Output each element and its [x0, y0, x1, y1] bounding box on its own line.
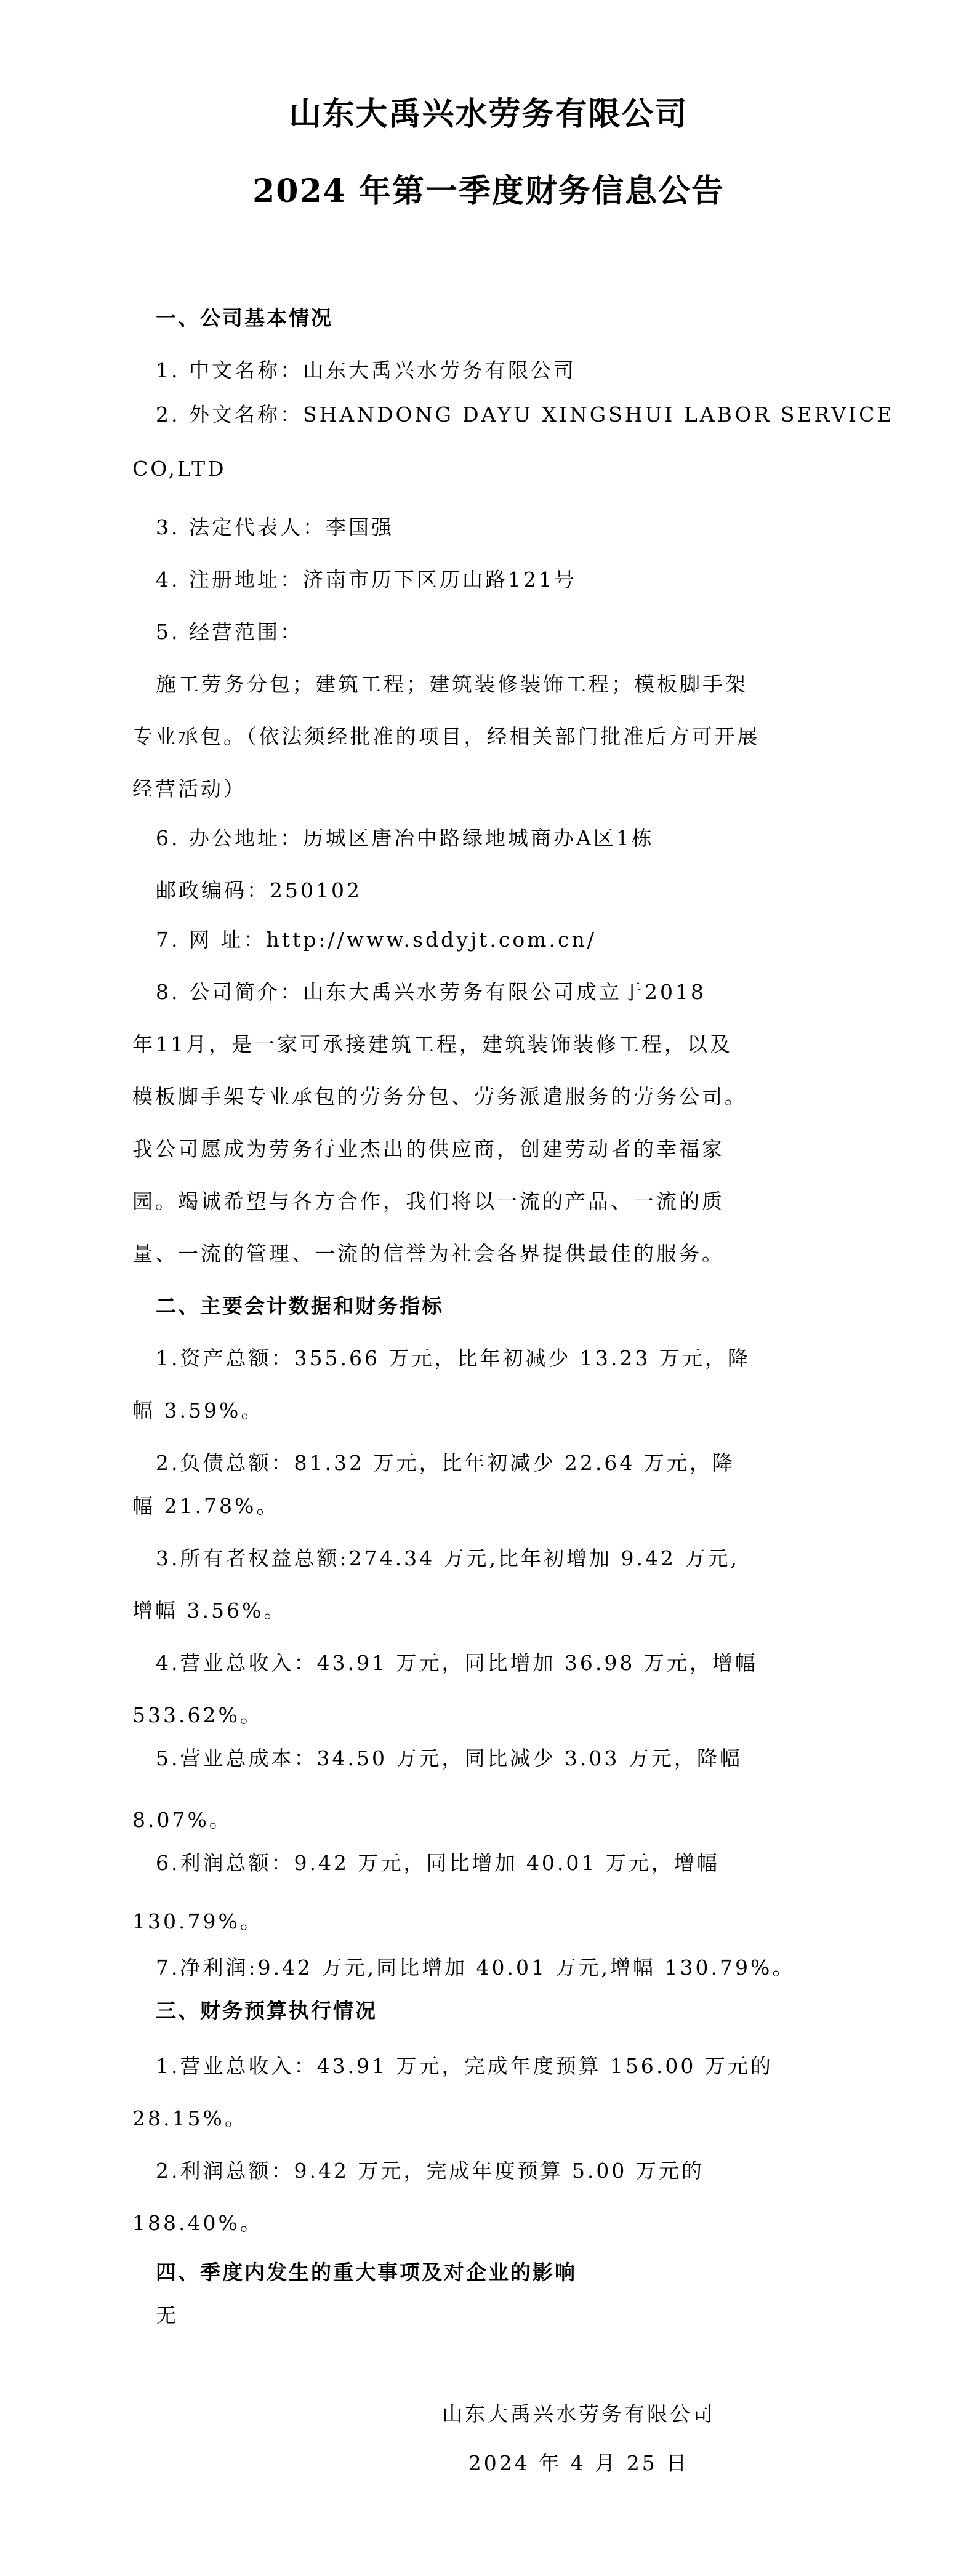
company-intro-line: 模板脚手架专业承包的劳务分包、劳务派遣服务的劳务公司。 — [132, 1086, 747, 1107]
indicator-net-profit: 7.净利润:9.42 万元,同比增加 40.01 万元,增幅 130.79%。 — [156, 1957, 795, 1978]
section-heading-basic-info: 一、公司基本情况 — [156, 308, 333, 328]
indicator-total-cost-cont: 8.07%。 — [132, 1810, 232, 1830]
item-english-name: 2. 外文名称：SHANDONG DAYU XINGSHUI LABOR SER… — [156, 404, 894, 425]
item-english-name-cont: CO,LTD — [132, 459, 227, 479]
budget-profit-cont: 188.40%。 — [132, 2213, 263, 2233]
budget-revenue: 1.营业总收入：43.91 万元，完成年度预算 156.00 万元的 — [156, 2056, 773, 2076]
item-business-scope-label: 5. 经营范围： — [156, 622, 303, 642]
section-heading-budget-execution: 三、财务预算执行情况 — [156, 2000, 377, 2021]
indicator-total-liabilities-cont: 幅 21.78%。 — [132, 1496, 279, 1516]
budget-revenue-cont: 28.15%。 — [132, 2108, 247, 2129]
item-registered-address: 4. 注册地址：济南市历下区历山路121号 — [156, 569, 577, 590]
indicator-total-assets: 1.资产总额：355.66 万元，比年初减少 13.23 万元，降 — [156, 1348, 750, 1368]
indicator-total-liabilities: 2.负债总额：81.32 万元，比年初减少 22.64 万元，降 — [156, 1453, 735, 1473]
document-title-company: 山东大禹兴水劳务有限公司 — [0, 98, 977, 130]
indicator-total-profit-cont: 130.79%。 — [132, 1911, 263, 1932]
signature-company: 山东大禹兴水劳务有限公司 — [249, 2404, 908, 2424]
company-intro-line: 年11月，是一家可承接建筑工程，建筑装饰装修工程，以及 — [132, 1034, 733, 1054]
item-chinese-name: 1. 中文名称：山东大禹兴水劳务有限公司 — [156, 360, 576, 380]
budget-profit: 2.利润总额：9.42 万元，完成年度预算 5.00 万元的 — [156, 2161, 704, 2181]
document-title-report: 2024 年第一季度财务信息公告 — [0, 175, 977, 207]
item-website: 7. 网 址：http://www.sddyjt.com.cn/ — [156, 929, 597, 950]
business-scope-text: 施工劳务分包；建筑工程；建筑装修装饰工程；模板脚手架 — [156, 674, 748, 694]
item-postal-code: 邮政编码：250102 — [156, 880, 362, 901]
item-office-address: 6. 办公地址：历城区唐冶中路绿地城商办A区1栋 — [156, 828, 654, 848]
item-legal-rep: 3. 法定代表人：李国强 — [156, 517, 394, 537]
section-heading-major-events: 四、季度内发生的重大事项及对企业的影响 — [156, 2262, 577, 2282]
business-scope-text-end: 经营活动） — [132, 779, 246, 799]
company-intro-line: 我公司愿成为劳务行业杰出的供应商，创建劳动者的幸福家 — [132, 1139, 725, 1159]
business-scope-text-cont: 专业承包。（依法须经批准的项目，经相关部门批准后方可开展 — [132, 726, 760, 747]
indicator-total-assets-cont: 幅 3.59%。 — [132, 1400, 263, 1421]
indicator-total-revenue-cont: 533.62%。 — [132, 1705, 263, 1725]
document-page: 山东大禹兴水劳务有限公司 2024 年第一季度财务信息公告 一、公司基本情况 1… — [0, 0, 977, 2576]
company-intro-line: 8. 公司简介：山东大禹兴水劳务有限公司成立于2018 — [156, 982, 706, 1002]
indicator-total-profit: 6.利润总额：9.42 万元，同比增加 40.01 万元，增幅 — [156, 1853, 720, 1873]
indicator-owners-equity: 3.所有者权益总额:274.34 万元,比年初增加 9.42 万元, — [156, 1548, 739, 1568]
major-events-body: 无 — [156, 2305, 179, 2325]
indicator-total-cost: 5.营业总成本：34.50 万元，同比减少 3.03 万元，降幅 — [156, 1748, 742, 1768]
company-intro-line: 园。竭诚希望与各方合作，我们将以一流的产品、一流的质 — [132, 1191, 725, 1211]
section-heading-financial-indicators: 二、主要会计数据和财务指标 — [156, 1296, 444, 1316]
company-intro-line: 量、一流的管理、一流的信誉为社会各界提供最佳的服务。 — [132, 1243, 725, 1264]
signature-date: 2024 年 4 月 25 日 — [249, 2453, 908, 2473]
indicator-owners-equity-cont: 增幅 3.56%。 — [132, 1600, 286, 1621]
indicator-total-revenue: 4.营业总收入：43.91 万元，同比增加 36.98 万元，增幅 — [156, 1653, 758, 1673]
